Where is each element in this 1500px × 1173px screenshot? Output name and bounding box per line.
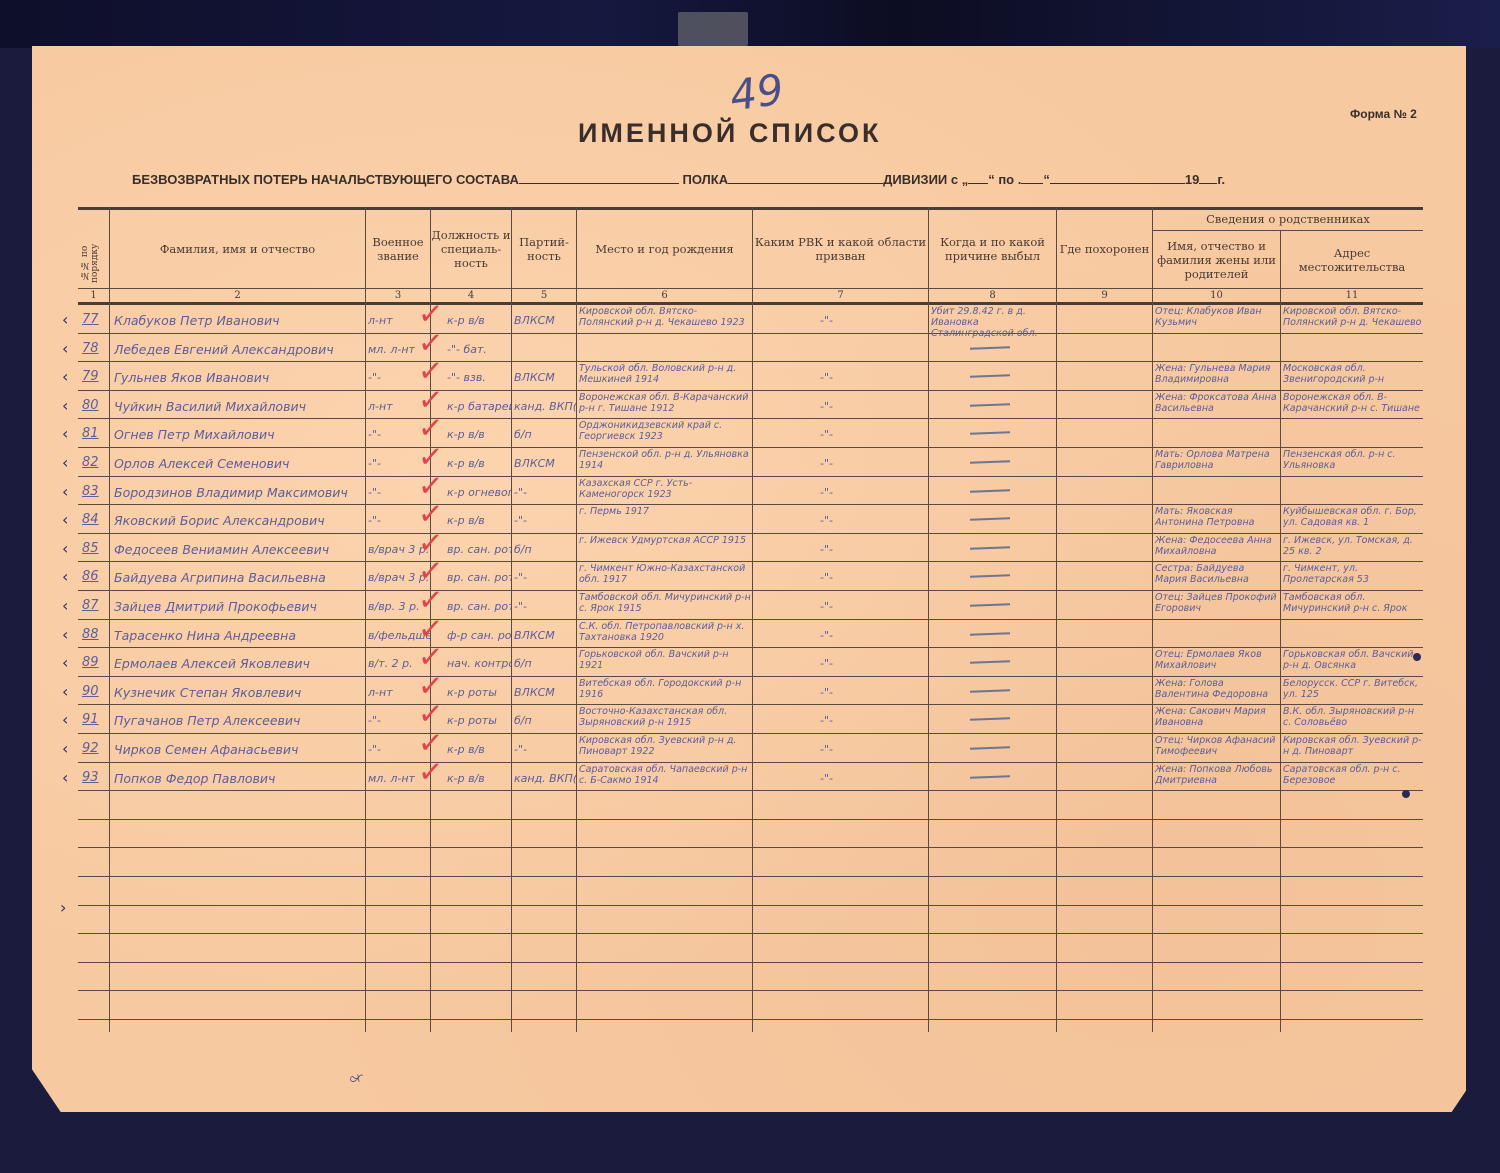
- margin-bracket-mark: ‹: [62, 539, 68, 558]
- margin-bracket-mark: ‹: [62, 510, 68, 529]
- margin-bracket-mark: ‹: [62, 339, 68, 358]
- relative-address: Пензенская обл. р-н с. Ульяновка: [1283, 449, 1423, 471]
- header-position: Должность и специаль- ность: [431, 210, 511, 288]
- birthplace: г. Чимкент Южно-Казахстанской обл. 1917: [579, 563, 751, 585]
- relative-name: Жена: Попкова Любовь Дмитриевна: [1155, 764, 1279, 786]
- relative-address: Тамбовская обл. Мичуринский р-н с. Ярок: [1283, 592, 1423, 614]
- col-number-6: 6: [577, 290, 752, 301]
- row-number: 87: [82, 598, 108, 613]
- birthplace: Казахская ССР г. Усть-Каменогорск 1923: [579, 478, 751, 500]
- full-name: Попков Федор Павлович: [114, 771, 364, 786]
- relative-address: Белорусск. ССР г. Витебск, ул. 125: [1283, 678, 1423, 700]
- full-name: Чуйкин Василий Михайлович: [114, 399, 364, 414]
- relative-name: Жена: Гульнева Мария Владимировна: [1155, 363, 1279, 385]
- relative-address: В.К. обл. Зыряновский р-н с. Соловьёво: [1283, 706, 1423, 728]
- subtitle-division: ДИВИЗИИ с „: [883, 172, 968, 187]
- party: -"-: [514, 743, 576, 756]
- document-title: ИМЕННОЙ СПИСОК: [578, 118, 881, 149]
- relative-name: Жена: Федосеева Анна Михайловна: [1155, 535, 1279, 557]
- row-number: 80: [82, 398, 108, 413]
- relative-address: Саратовская обл. р-н с. Березовое: [1283, 764, 1423, 786]
- position: к-р в/в: [447, 457, 511, 470]
- row-number: 82: [82, 455, 108, 470]
- party: ВЛКСМ: [514, 371, 576, 384]
- position: вр. сан. роты: [447, 543, 511, 556]
- col-number-9: 9: [1057, 290, 1152, 301]
- header-row-number: №№ по порядку: [80, 238, 102, 288]
- full-name: Федосеев Вениамин Алексеевич: [114, 542, 364, 557]
- relative-name: Жена: Сакович Мария Ивановна: [1155, 706, 1279, 728]
- birthplace: Кировская обл. Зуевский р-н д. Пиноварт …: [579, 735, 751, 757]
- subtitle-g: г.: [1217, 172, 1225, 187]
- scanner-background: [0, 0, 1500, 48]
- party: ВЛКСМ: [514, 314, 576, 327]
- margin-bracket-mark: ‹: [62, 768, 68, 787]
- full-name: Бородзинов Владимир Максимович: [114, 485, 364, 500]
- draft-office: -"-: [820, 486, 880, 499]
- full-name: Клабуков Петр Иванович: [114, 313, 364, 328]
- subtitle-to: “ по .: [988, 172, 1021, 187]
- page-number: 49: [727, 65, 787, 121]
- relative-name: Сестра: Байдуева Мария Васильевна: [1155, 563, 1279, 585]
- margin-mark: ›: [60, 898, 66, 917]
- header-when-why: Когда и по какой причине выбыл: [929, 210, 1056, 288]
- header-relatives-group: Сведения о родственниках: [1153, 208, 1423, 230]
- col-number-10: 10: [1153, 290, 1280, 301]
- party: ВЛКСМ: [514, 686, 576, 699]
- birthplace: г. Пермь 1917: [579, 506, 751, 517]
- header-birthplace: Место и год рождения: [577, 210, 752, 288]
- position: ф-р сан. роты: [447, 629, 511, 642]
- position: к-р в/в: [447, 743, 511, 756]
- margin-bracket-mark: ‹: [62, 310, 68, 329]
- relative-address: Кировская обл. Зуевский р-н д. Пиноварт: [1283, 735, 1423, 757]
- relative-address: Куйбышевская обл. г. Бор, ул. Садовая кв…: [1283, 506, 1423, 528]
- header-full-name: Фамилия, имя и отчество: [110, 210, 365, 288]
- row-number: 85: [82, 541, 108, 556]
- row-number: 81: [82, 426, 108, 441]
- draft-office: -"-: [820, 457, 880, 470]
- margin-bracket-mark: ‹: [62, 453, 68, 472]
- subtitle-year: 19: [1185, 172, 1199, 187]
- position: нач. контроля Ф.: [447, 657, 511, 670]
- position: вр. сан. роты: [447, 600, 511, 613]
- row-number: 79: [82, 369, 108, 384]
- full-name: Огнев Петр Михайлович: [114, 427, 364, 442]
- header-burial: Где похоронен: [1057, 210, 1152, 288]
- birthplace: Тульской обл. Воловский р-н д. Мешкиней …: [579, 363, 751, 385]
- col-number-5: 5: [512, 290, 576, 301]
- header-draft-office: Каким РВК и какой области призван: [753, 210, 928, 288]
- birthplace: Орджоникидзевский край с. Георгиевск 192…: [579, 420, 751, 442]
- position: к-р огневого взв.: [447, 486, 511, 499]
- ink-dot: [1413, 653, 1421, 661]
- margin-bracket-mark: ‹: [62, 367, 68, 386]
- header-address: Адрес местожительства: [1281, 231, 1423, 288]
- position: к-р роты: [447, 714, 511, 727]
- full-name: Чирков Семен Афанасьевич: [114, 742, 364, 757]
- draft-office: -"-: [820, 571, 880, 584]
- position: -"- бат.: [447, 343, 511, 356]
- full-name: Гульнев Яков Иванович: [114, 370, 364, 385]
- party: б/п: [514, 714, 576, 727]
- full-name: Зайцев Дмитрий Прокофьевич: [114, 599, 364, 614]
- relative-name: Отец: Зайцев Прокофий Егорович: [1155, 592, 1279, 614]
- row-number: 78: [82, 341, 108, 356]
- birthplace: Воронежская обл. В-Карачанский р-н г. Ти…: [579, 392, 751, 414]
- row-number: 86: [82, 569, 108, 584]
- relative-address: Воронежская обл. В-Карачанский р-н с. Ти…: [1283, 392, 1423, 414]
- party: ВЛКСМ: [514, 629, 576, 642]
- col-number-7: 7: [753, 290, 928, 301]
- col-number-1: 1: [78, 290, 109, 301]
- subtitle-losses: БЕЗВОЗВРАТНЫХ ПОТЕРЬ НАЧАЛЬСТВУЮЩЕГО СОС…: [132, 172, 519, 187]
- col-number-2: 2: [110, 290, 365, 301]
- document-subtitle: БЕЗВОЗВРАТНЫХ ПОТЕРЬ НАЧАЛЬСТВУЮЩЕГО СОС…: [132, 172, 1225, 187]
- draft-office: -"-: [820, 686, 880, 699]
- full-name: Тарасенко Нина Андреевна: [114, 628, 364, 643]
- birthplace: Витебская обл. Городокский р-н 1916: [579, 678, 751, 700]
- draft-office: -"-: [820, 514, 880, 527]
- position: к-р в/в: [447, 428, 511, 441]
- draft-office: -"-: [820, 714, 880, 727]
- row-number: 91: [82, 712, 108, 727]
- draft-office: -"-: [820, 400, 880, 413]
- header-military-rank: Военное звание: [366, 210, 430, 288]
- relative-name: Мать: Орлова Матрена Гавриловна: [1155, 449, 1279, 471]
- relative-address: Московская обл. Звенигородский р-н: [1283, 363, 1423, 385]
- party: б/п: [514, 543, 576, 556]
- draft-office: -"-: [820, 371, 880, 384]
- full-name: Пугачанов Петр Алексеевич: [114, 713, 364, 728]
- full-name: Ермолаев Алексей Яковлевич: [114, 656, 364, 671]
- party: -"-: [514, 486, 576, 499]
- row-number: 83: [82, 484, 108, 499]
- margin-bracket-mark: ‹: [62, 739, 68, 758]
- row-number: 77: [82, 312, 108, 327]
- row-number: 92: [82, 741, 108, 756]
- party: -"-: [514, 600, 576, 613]
- relative-name: Жена: Голова Валентина Федоровна: [1155, 678, 1279, 700]
- col-number-11: 11: [1281, 290, 1423, 301]
- full-name: Лебедев Евгений Александрович: [114, 342, 364, 357]
- position: вр. сан. роты: [447, 571, 511, 584]
- margin-bracket-mark: ‹: [62, 710, 68, 729]
- birthplace: С.К. обл. Петропавловский р-н х. Тахтано…: [579, 621, 751, 643]
- row-number: 90: [82, 684, 108, 699]
- col-number-8: 8: [929, 290, 1056, 301]
- draft-office: -"-: [820, 629, 880, 642]
- red-check-mark-icon: ✓: [417, 757, 444, 789]
- ink-dot: [1402, 790, 1410, 798]
- header-relative-name: Имя, отчество и фамилия жены или родител…: [1153, 231, 1280, 288]
- row-number: 84: [82, 512, 108, 527]
- full-name: Орлов Алексей Семенович: [114, 456, 364, 471]
- party: ВЛКСМ: [514, 457, 576, 470]
- draft-office: -"-: [820, 428, 880, 441]
- margin-bracket-mark: ‹: [62, 653, 68, 672]
- relative-name: Отец: Чирков Афанасий Тимофеевич: [1155, 735, 1279, 757]
- position: к-р в/в: [447, 314, 511, 327]
- party: б/п: [514, 657, 576, 670]
- subtitle-regiment: ПОЛКА: [683, 172, 729, 187]
- birthplace: Пензенской обл. р-н д. Ульяновка 1914: [579, 449, 751, 471]
- position: к-р роты: [447, 686, 511, 699]
- relative-name: Жена: Фроксатова Анна Васильевна: [1155, 392, 1279, 414]
- position: к-р в/в: [447, 772, 511, 785]
- position: к-р батареи: [447, 400, 511, 413]
- relative-address: г. Чимкент, ул. Пролетарская 53: [1283, 563, 1423, 585]
- party: -"-: [514, 571, 576, 584]
- party: -"-: [514, 514, 576, 527]
- relative-address: г. Ижевск, ул. Томская, д. 25 кв. 2: [1283, 535, 1423, 557]
- relative-address: Горьковская обл. Вачский р-н д. Овсянка: [1283, 649, 1423, 671]
- full-name: Яковский Борис Александрович: [114, 513, 364, 528]
- relative-address: Кировской обл. Вятско-Полянский р-н д. Ч…: [1283, 306, 1423, 328]
- when-why: Убит 29.8.42 г. в д. Ивановка Сталинград…: [931, 306, 1056, 339]
- form-label: Форма № 2: [1350, 107, 1417, 121]
- party: канд. ВКП(б): [514, 772, 576, 785]
- full-name: Кузнечик Степан Яковлевич: [114, 685, 364, 700]
- relative-name: Отец: Клабуков Иван Кузьмич: [1155, 306, 1279, 328]
- birthplace: Восточно-Казахстанская обл. Зыряновский …: [579, 706, 751, 728]
- margin-bracket-mark: ‹: [62, 682, 68, 701]
- row-number: 93: [82, 770, 108, 785]
- position: -"- взв.: [447, 371, 511, 384]
- row-number: 89: [82, 655, 108, 670]
- birthplace: Кировской обл. Вятско-Полянский р-н д. Ч…: [579, 306, 751, 328]
- draft-office: -"-: [820, 314, 880, 327]
- party: б/п: [514, 428, 576, 441]
- adhesive-tape: [678, 12, 748, 46]
- draft-office: -"-: [820, 600, 880, 613]
- margin-bracket-mark: ‹: [62, 625, 68, 644]
- row-number: 88: [82, 627, 108, 642]
- margin-bracket-mark: ‹: [62, 482, 68, 501]
- margin-bracket-mark: ‹: [62, 396, 68, 415]
- draft-office: -"-: [820, 772, 880, 785]
- birthplace: Тамбовской обл. Мичуринский р-н с. Ярок …: [579, 592, 751, 614]
- relative-name: Мать: Яковская Антонина Петровна: [1155, 506, 1279, 528]
- birthplace: Саратовская обл. Чапаевский р-н с. Б-Сак…: [579, 764, 751, 786]
- margin-bracket-mark: ‹: [62, 567, 68, 586]
- relative-name: Отец: Ермолаев Яков Михайлович: [1155, 649, 1279, 671]
- party: канд. ВКП(б): [514, 400, 576, 413]
- draft-office: -"-: [820, 743, 880, 756]
- birthplace: г. Ижевск Удмуртская АССР 1915: [579, 535, 751, 546]
- full-name: Байдуева Агрипина Васильевна: [114, 570, 364, 585]
- draft-office: -"-: [820, 543, 880, 556]
- margin-bracket-mark: ‹: [62, 596, 68, 615]
- birthplace: Горьковской обл. Вачский р-н 1921: [579, 649, 751, 671]
- margin-bracket-mark: ‹: [62, 424, 68, 443]
- position: к-р в/в: [447, 514, 511, 527]
- header-party: Партий- ность: [512, 210, 576, 288]
- draft-office: -"-: [820, 657, 880, 670]
